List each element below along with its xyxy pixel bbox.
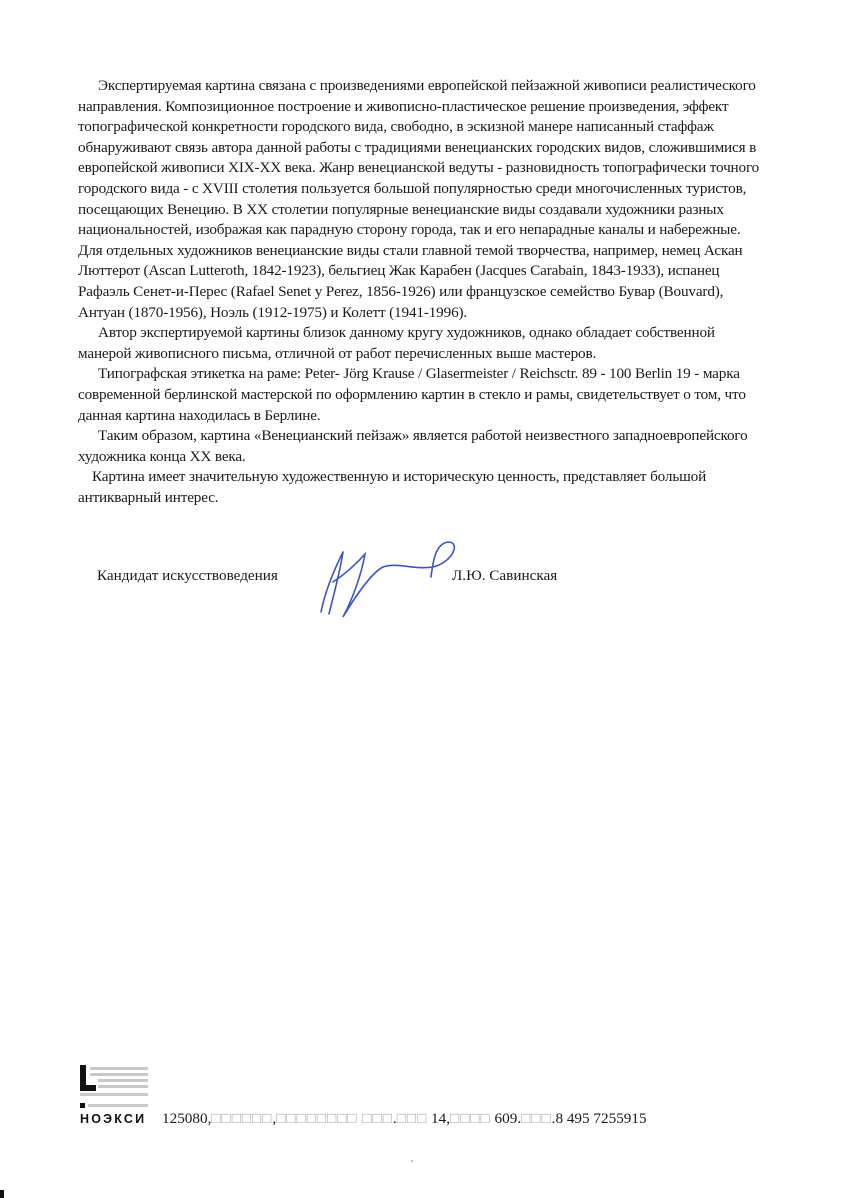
logo-name: НОЭКСИ (80, 1112, 146, 1126)
signer-name: Л.Ю. Савинская (452, 567, 557, 585)
scan-speck (411, 1160, 413, 1162)
address-number: 14, (427, 1110, 450, 1127)
address-garbled: □□□ (521, 1110, 552, 1127)
address-garbled: □□□□ (450, 1110, 491, 1127)
paragraph-value: Картина имеет значительную художественну… (78, 467, 768, 508)
scan-edge-mark (0, 1190, 4, 1198)
address-index: 125080, (162, 1110, 211, 1127)
paragraph-author: Автор экспертируемой картины близок данн… (78, 323, 768, 364)
paragraph-conclusion: Таким образом, картина «Венецианский пей… (78, 426, 768, 467)
address-garbled: □□□□□□ (211, 1110, 272, 1127)
address-phone: .8 495 7255915 (552, 1110, 647, 1127)
address-office: 609. (491, 1110, 521, 1127)
document-body: Экспертируемая картина связана с произве… (78, 76, 768, 508)
signer-title: Кандидат искусствоведения (97, 567, 278, 585)
address-garbled: □□□□□□□□ □□□ (276, 1110, 393, 1127)
paragraph-label: Типографская этикетка на раме: Peter- Jö… (78, 364, 768, 426)
footer-address: 125080,□□□□□□,□□□□□□□□ □□□.□□□ 14,□□□□ 6… (162, 1110, 647, 1128)
paragraph-analysis: Экспертируемая картина связана с произве… (78, 76, 768, 323)
handwritten-signature-icon (303, 532, 463, 622)
address-garbled: □□□ (397, 1110, 428, 1127)
